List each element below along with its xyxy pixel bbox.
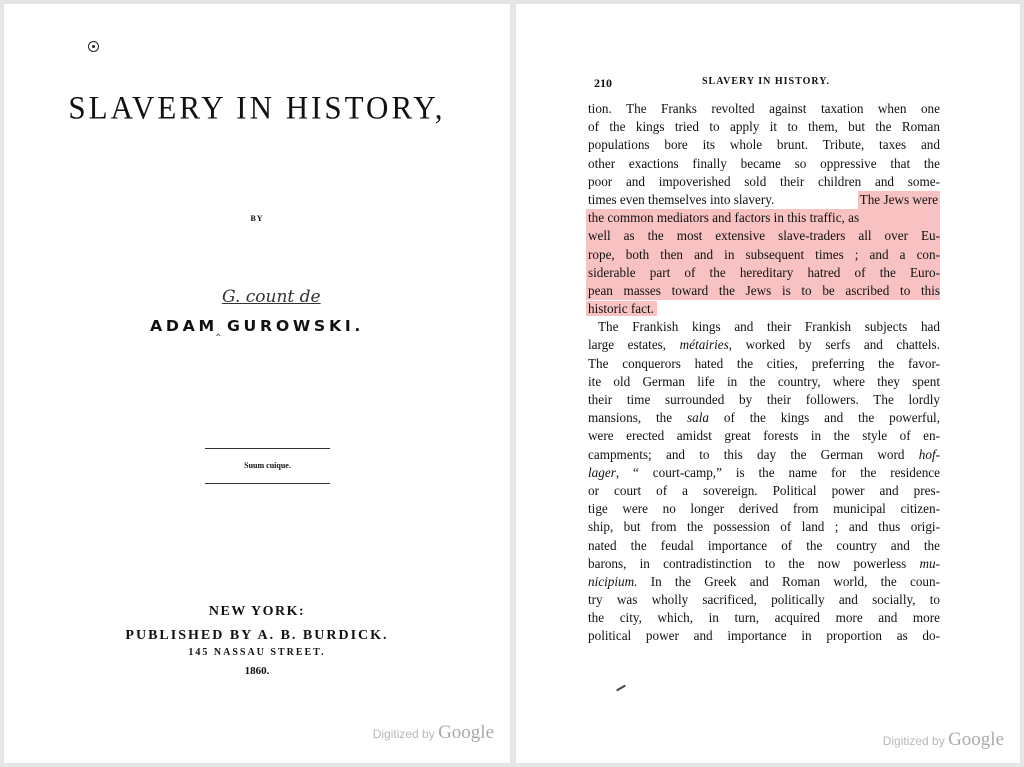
google-logo: Google [438,722,494,743]
divider-bottom [205,483,330,484]
text-line: tige were no longer derived from municip… [588,500,940,518]
digitized-watermark: Digitized by Google [883,729,1004,751]
author-name: ADAM GUROWSKI. [0,317,523,335]
stray-mark [616,685,626,692]
highlighted-line: siderable part of the hereditary hatred … [586,264,940,282]
circled-dot-mark-icon [88,41,99,52]
highlighted-text: The Jews were [858,191,940,209]
text-line: mansions, the sala of the kings and the … [588,409,940,427]
text-page: 210 SLAVERY IN HISTORY. tion. The Franks… [516,4,1020,763]
text-line: ship, but from the possession of land ; … [588,518,940,536]
google-logo: Google [948,729,1004,750]
text-line: nicipium. In the Greek and Roman world, … [588,573,940,591]
text-line: large estates, métairies, worked by serf… [588,336,940,354]
text-line: populations bore its whole brunt. Tribut… [588,136,940,154]
text-line: The Frankish kings and their Frankish su… [588,318,940,336]
text-line: or court of a sovereign. Political power… [588,482,940,500]
title-page: SLAVERY IN HISTORY, BY G. count de ‸ ADA… [4,4,510,763]
text-line: their time surrounded by their followers… [588,391,940,409]
highlighted-line: historic fact. [588,300,940,318]
divider-top [205,448,330,449]
text-line: tion. The Franks revolted against taxati… [588,100,940,118]
text-line: poor and impoverished sold their childre… [588,173,940,191]
text-line: other exactions finally became so oppres… [588,155,940,173]
highlighted-line: pean masses toward the Jews is to be asc… [586,282,940,300]
publisher-city: NEW YORK: [4,604,510,620]
highlighted-line: rope, both then and in subsequent times … [586,246,940,264]
text-line: the city, which, in turn, acquired more … [588,609,940,627]
digitized-watermark: Digitized by Google [373,722,494,744]
text-line: political power and importance in propor… [588,627,940,645]
book-title: SLAVERY IN HISTORY, [4,89,510,127]
text-line: The conquerors hated the cities, preferr… [588,355,940,373]
by-label: BY [4,214,510,223]
text-line: try was wholly sacrificed, politically a… [588,591,940,609]
text-line: nated the feudal importance of the count… [588,537,940,555]
highlighted-line: well as the most extensive slave-traders… [586,227,940,245]
highlighted-line: the common mediators and factors in this… [586,209,940,227]
running-title: SLAVERY IN HISTORY. [592,76,940,87]
text-line: lager, “ court-camp,” is the name for th… [588,464,940,482]
text-line: were erected amidst great forests in the… [588,427,940,445]
motto: Suum cuique. [205,461,330,470]
text-line: of the kings tried to apply it to them, … [588,118,940,136]
text-line: barons, in contradistinction to the now … [588,555,940,573]
text-line: times even themselves into slavery.The J… [588,191,940,209]
text-line: ite old German life in the country, wher… [588,373,940,391]
handwritten-annotation: G. count de [222,287,321,307]
publisher-address: 145 NASSAU STREET. [4,647,510,658]
page-body: tion. The Franks revolted against taxati… [588,100,940,646]
publisher-name: PUBLISHED BY A. B. BURDICK. [4,628,510,644]
text-line: campments; and to this day the German wo… [588,446,940,464]
publication-year: 1860. [4,665,510,677]
